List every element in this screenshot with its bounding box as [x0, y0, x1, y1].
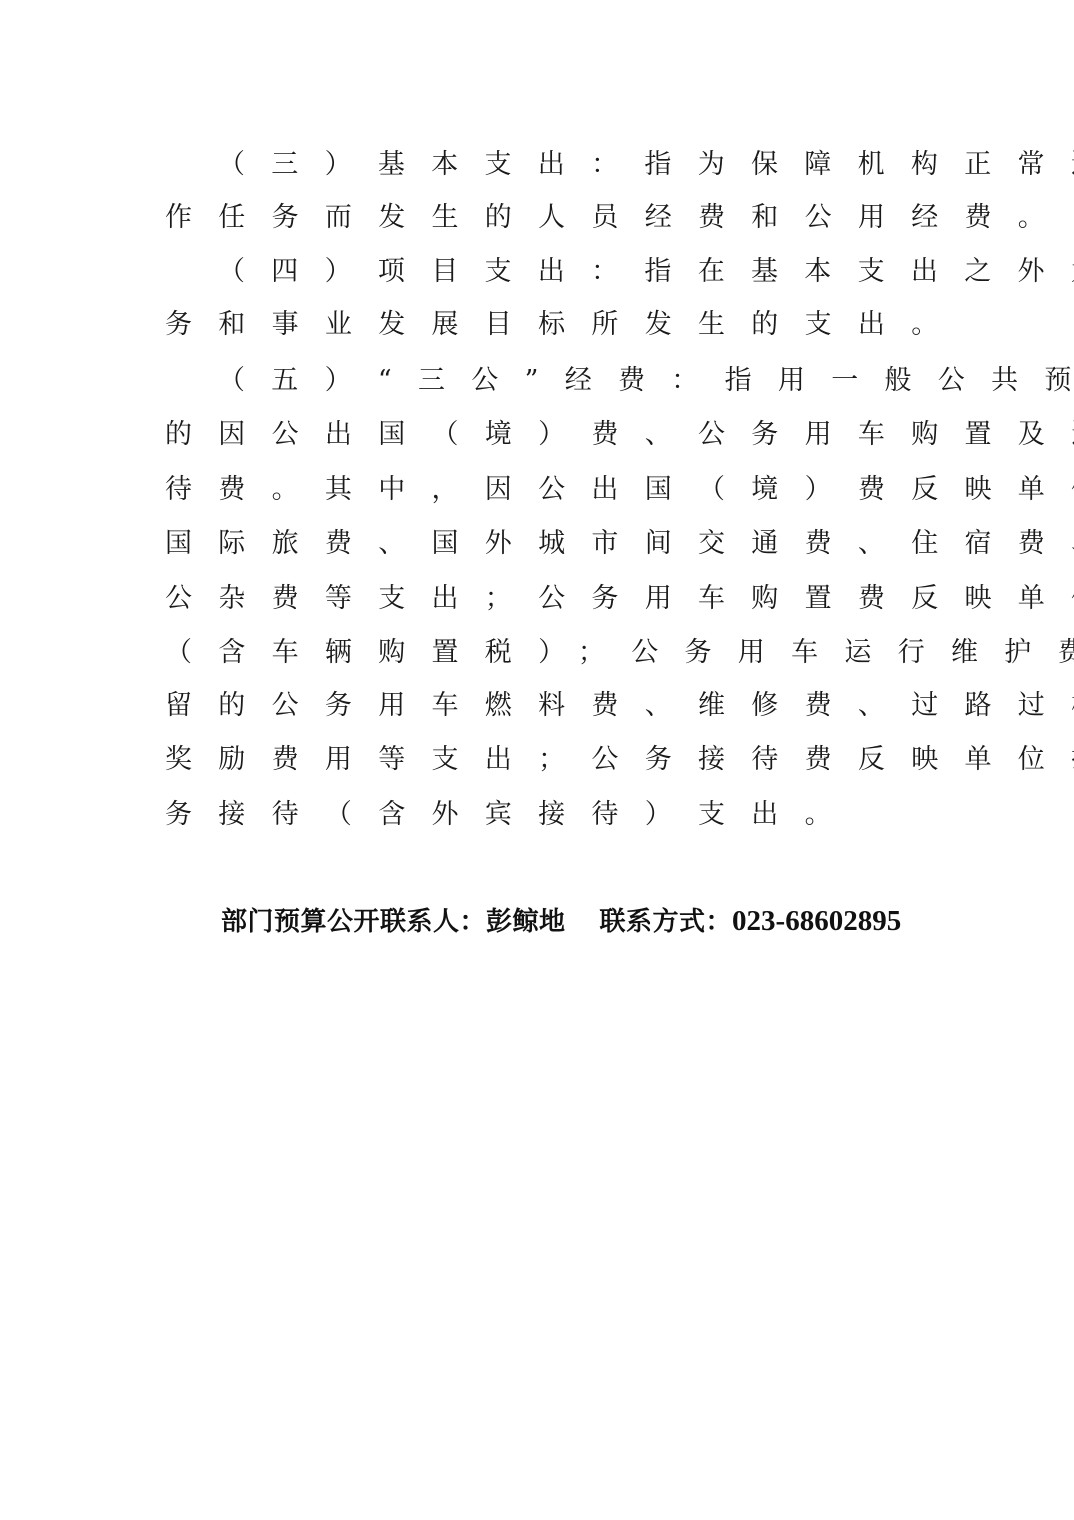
paragraph-basic-expenditure-line-1: （三）基本支出：指为保障机构正常运转、完成日常工 [218, 138, 978, 192]
paragraph-three-public-line-6: （含车辆购置税）；公务用车运行维护费反映单位按规定保 [165, 626, 925, 680]
paragraph-project-expenditure-line-1: （四）项目支出：指在基本支出之外为完成特定行政任 [218, 245, 978, 299]
contact-method-label: 联系方式： [600, 907, 733, 937]
contact-person-label: 部门预算公开联系人： [221, 907, 486, 937]
contact-phone: 023-68602895 [732, 905, 901, 937]
paragraph-three-public-line-7: 留的公务用车燃料费、维修费、过路过桥费、保险费、安全 [165, 679, 925, 733]
paragraph-three-public-line-5: 公杂费等支出；公务用车购置费反映单位公务用车购置支出 [165, 572, 925, 626]
document-page: （三）基本支出：指为保障机构正常运转、完成日常工 作任务而发生的人员经费和公用经… [0, 0, 1074, 1520]
paragraph-three-public-line-1: （五）“三公”经费：指用一般公共预算财政拨款安排 [218, 354, 978, 408]
paragraph-three-public-line-2: 的因公出国（境）费、公务用车购置及运行维护费、公务接 [165, 408, 925, 462]
contact-line: 部门预算公开联系人：彭鲸地联系方式：023-68602895 [221, 894, 901, 948]
paragraph-three-public-line-9: 务接待（含外宾接待）支出。 [165, 788, 925, 842]
paragraph-three-public-line-4: 国际旅费、国外城市间交通费、住宿费、伙食费、培训费、 [165, 517, 925, 571]
paragraph-three-public-line-3: 待费。其中，因公出国（境）费反映单位公务出国（境）的 [165, 463, 925, 517]
paragraph-project-expenditure-line-2: 务和事业发展目标所发生的支出。 [165, 298, 925, 352]
paragraph-basic-expenditure-line-2: 作任务而发生的人员经费和公用经费。 [165, 191, 925, 245]
paragraph-three-public-line-8: 奖励费用等支出；公务接待费反映单位按规定开支的各类公 [165, 733, 925, 787]
contact-person-name: 彭鲸地 [486, 907, 566, 937]
